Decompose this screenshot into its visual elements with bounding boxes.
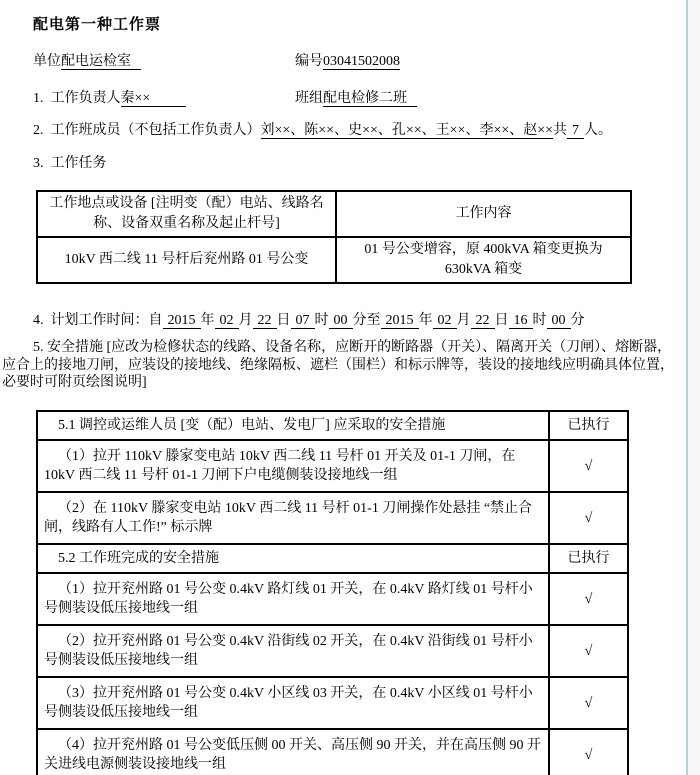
table-row: （1）拉开兖州路 01 号公变 0.4kV 路灯线 01 开关，在 0.4kV …	[37, 573, 628, 625]
section-5-1-header: 5.1 调控或运维人员 [变（配）电站、发电厂] 应采取的安全措施	[37, 411, 549, 440]
crew-count-suffix: 人。	[584, 123, 612, 138]
start-month: 02	[215, 313, 239, 329]
work-task-heading: 3. 工作任务	[33, 152, 107, 172]
ticket-number-value: 03041502008	[323, 54, 400, 70]
end-minute: 00	[547, 313, 571, 329]
executed-column-header: 已执行	[549, 411, 628, 440]
crew-total-label: 共	[553, 123, 567, 138]
crew-count-value: 7	[567, 123, 584, 139]
work-location-cell: 10kV 西二线 11 号杆后兖州路 01 号公变	[37, 237, 336, 283]
table-row: （4）拉开兖州路 01 号公变低压侧 00 开关、高压侧 90 开关，并在高压侧…	[37, 729, 628, 775]
work-content-cell: 01 号公变增容，原 400kVA 箱变更换为 630kVA 箱变	[336, 237, 631, 283]
work-content-header: 工作内容	[336, 191, 631, 237]
table-row: （3）拉开兖州路 01 号公变 0.4kV 小区线 03 开关，在 0.4kV …	[37, 677, 628, 729]
table-row: 10kV 西二线 11 号杆后兖州路 01 号公变 01 号公变增容，原 400…	[37, 237, 631, 283]
year-label: 年	[201, 313, 215, 328]
end-year: 2015	[381, 313, 419, 329]
checkmark-icon: √	[585, 511, 593, 526]
day-label: 日	[277, 313, 291, 328]
planned-time-label: 4. 计划工作时间：自	[33, 313, 163, 328]
executed-cell: √	[549, 573, 628, 625]
minute-label-2: 分	[571, 313, 585, 328]
end-hour: 16	[509, 313, 533, 329]
month-label: 月	[239, 313, 253, 328]
checkmark-icon: √	[585, 592, 593, 607]
work-task-table: 工作地点或设备 [注明变（配）电站、线路名称、设备双重名称及起止杆号] 工作内容…	[36, 190, 632, 284]
measure-text: （1）拉开兖州路 01 号公变 0.4kV 路灯线 01 开关，在 0.4kV …	[37, 573, 549, 625]
crew-members-line: 2. 工作班成员（不包括工作负责人）刘××、陈××、史××、孔××、王××、李×…	[33, 119, 612, 139]
measure-text: （2）拉开兖州路 01 号公变 0.4kV 沿街线 02 开关，在 0.4kV …	[37, 625, 549, 677]
team-label: 班组	[295, 91, 323, 106]
start-day: 22	[253, 313, 277, 329]
year-label-2: 年	[419, 313, 433, 328]
measure-text: （1）拉开 110kV 滕家变电站 10kV 西二线 11 号杆 01 开关及 …	[37, 440, 549, 492]
table-row: （1）拉开 110kV 滕家变电站 10kV 西二线 11 号杆 01 开关及 …	[37, 440, 628, 492]
executed-cell: √	[549, 492, 628, 544]
unit-value: 配电运检室	[61, 54, 141, 70]
safety-measures-paragraph: 5. 安全措施 [应改为检修状态的线路、设备名称，应断开的断路器（开关）、隔离开…	[2, 339, 684, 392]
end-month: 02	[433, 313, 457, 329]
planned-time-line: 4. 计划工作时间：自2015年02月22日07时00分至2015年02月22日…	[33, 309, 585, 329]
ticket-number-field: 编号03041502008	[295, 50, 400, 70]
checkmark-icon: √	[585, 459, 593, 474]
unit-number-line: 单位配电运检室 编号03041502008	[0, 50, 700, 70]
safety-measures-table: 5.1 调控或运维人员 [变（配）电站、发电厂] 应采取的安全措施 已执行 （1…	[36, 410, 629, 775]
section-header-row: 5.1 调控或运维人员 [变（配）电站、发电厂] 应采取的安全措施 已执行	[37, 411, 628, 440]
crew-members-value: 刘××、陈××、史××、孔××、王××、李××、赵××	[261, 123, 554, 139]
table-row: （2）在 110kV 滕家变电站 10kV 西二线 11 号杆 01-1 刀闸操…	[37, 492, 628, 544]
table-row: （2）拉开兖州路 01 号公变 0.4kV 沿街线 02 开关，在 0.4kV …	[37, 625, 628, 677]
unit-label: 单位	[33, 54, 61, 69]
work-ticket-document: 配电第一种工作票 单位配电运检室 编号03041502008 1. 工作负责人秦…	[0, 0, 700, 775]
day-label-2: 日	[495, 313, 509, 328]
start-hour: 07	[291, 313, 315, 329]
leader-group-line: 1. 工作负责人秦×× 班组配电检修二班	[0, 87, 700, 107]
month-label-2: 月	[457, 313, 471, 328]
executed-cell: √	[549, 625, 628, 677]
team-value: 配电检修二班	[323, 91, 417, 107]
start-minute: 00	[329, 313, 353, 329]
section-header-row: 5.2 工作班完成的安全措施 已执行	[37, 544, 628, 573]
ticket-number-label: 编号	[295, 54, 323, 69]
hour-label-2: 时	[533, 313, 547, 328]
executed-cell: √	[549, 440, 628, 492]
measure-text: （3）拉开兖州路 01 号公变 0.4kV 小区线 03 开关，在 0.4kV …	[37, 677, 549, 729]
page-title: 配电第一种工作票	[33, 13, 161, 34]
hour-label: 时	[315, 313, 329, 328]
section-5-2-header: 5.2 工作班完成的安全措施	[37, 544, 549, 573]
work-leader-value: 秦××	[121, 91, 187, 107]
checkmark-icon: √	[585, 644, 593, 659]
team-field: 班组配电检修二班	[295, 87, 417, 107]
executed-cell: √	[549, 677, 628, 729]
executed-column-header: 已执行	[549, 544, 628, 573]
start-year: 2015	[163, 313, 201, 329]
work-location-header: 工作地点或设备 [注明变（配）电站、线路名称、设备双重名称及起止杆号]	[37, 191, 336, 237]
measure-text: （2）在 110kV 滕家变电站 10kV 西二线 11 号杆 01-1 刀闸操…	[37, 492, 549, 544]
table-header-row: 工作地点或设备 [注明变（配）电站、线路名称、设备双重名称及起止杆号] 工作内容	[37, 191, 631, 237]
work-leader-field: 1. 工作负责人秦××	[33, 87, 186, 107]
page-right-gutter	[688, 0, 700, 775]
to-label: 分至	[353, 313, 381, 328]
work-leader-label: 1. 工作负责人	[33, 91, 121, 106]
unit-field: 单位配电运检室	[33, 50, 141, 70]
checkmark-icon: √	[585, 748, 593, 763]
crew-members-label: 2. 工作班成员（不包括工作负责人）	[33, 123, 261, 138]
end-day: 22	[471, 313, 495, 329]
checkmark-icon: √	[585, 696, 593, 711]
executed-cell: √	[549, 729, 628, 775]
measure-text: （4）拉开兖州路 01 号公变低压侧 00 开关、高压侧 90 开关，并在高压侧…	[37, 729, 549, 775]
